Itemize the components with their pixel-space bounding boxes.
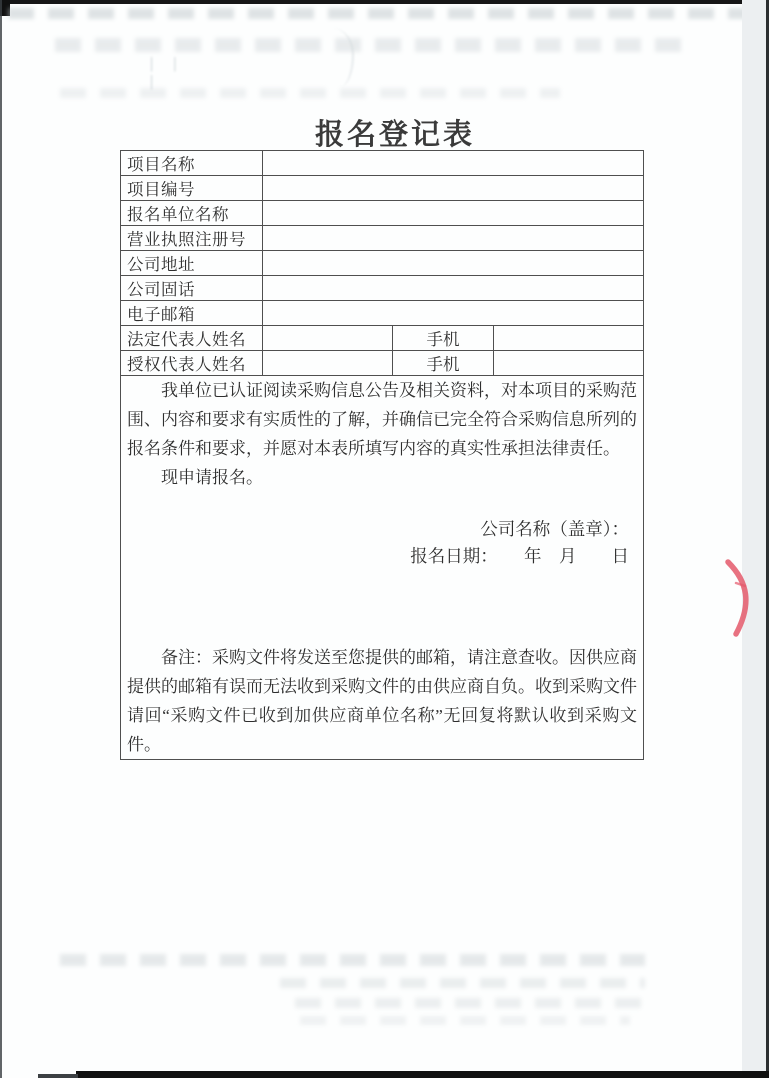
table-row: 公司地址 <box>121 251 644 276</box>
table-row: 报名单位名称 <box>121 201 644 226</box>
bleedthrough-curve <box>330 28 354 86</box>
scan-smudge <box>280 978 645 988</box>
table-row: 授权代表人姓名 手机 <box>121 351 644 376</box>
scan-smudge <box>60 954 645 966</box>
table-row: 公司固话 <box>121 276 644 301</box>
scan-smudge <box>295 998 645 1008</box>
field-label: 项目名称 <box>121 151 263 176</box>
field-label: 法定代表人姓名 <box>121 326 263 351</box>
field-value-blank <box>263 176 644 201</box>
scan-smudge <box>60 88 560 98</box>
field-label: 营业执照注册号 <box>121 226 263 251</box>
field-value-blank <box>263 151 644 176</box>
phone-label: 手机 <box>393 326 494 351</box>
scan-smudge <box>55 38 695 52</box>
table-row: 营业执照注册号 <box>121 226 644 251</box>
company-seal-line: 公司名称（盖章）： <box>127 516 629 543</box>
apply-line: 现申请报名。 <box>127 463 637 492</box>
field-value-blank <box>263 201 644 226</box>
bleedthrough-marks: | | | <box>150 55 198 77</box>
phone-value-blank <box>494 326 644 351</box>
scan-top-edge <box>0 0 769 4</box>
scan-bottom-edge-tail <box>38 1074 78 1078</box>
field-label: 授权代表人姓名 <box>121 351 263 376</box>
table-row: 法定代表人姓名 手机 <box>121 326 644 351</box>
table-row: 我单位已认证阅读采购信息公告及相关资料，对本项目的采购范围、内容和要求有实质性的… <box>121 376 644 760</box>
table-row: 项目名称 <box>121 151 644 176</box>
phone-value-blank <box>494 351 644 376</box>
scan-right-shadow <box>742 0 766 1078</box>
field-label: 项目编号 <box>121 176 263 201</box>
scan-smudge <box>300 1016 630 1025</box>
scan-smudge <box>8 8 763 19</box>
remarks-paragraph: 备注：采购文件将发送至您提供的邮箱，请注意查收。因供应商提供的邮箱有误而无法收到… <box>127 643 637 759</box>
field-value-blank <box>263 301 644 326</box>
table-row: 项目编号 <box>121 176 644 201</box>
registration-table: 项目名称 项目编号 报名单位名称 营业执照注册号 公司地址 公司固话 电子邮箱 <box>120 150 644 760</box>
red-pen-mark <box>722 556 760 640</box>
declaration-cell: 我单位已认证阅读采购信息公告及相关资料，对本项目的采购范围、内容和要求有实质性的… <box>121 376 644 760</box>
field-value-blank <box>263 226 644 251</box>
field-value-blank <box>263 326 393 351</box>
field-label: 电子邮箱 <box>121 301 263 326</box>
scan-bottom-edge <box>76 1071 769 1078</box>
phone-label: 手机 <box>393 351 494 376</box>
page-title: 报名登记表 <box>134 112 656 144</box>
scan-left-edge <box>0 0 2 1078</box>
signature-block: 公司名称（盖章）： 报名日期： 年 月 日 <box>127 516 637 570</box>
table-row: 电子邮箱 <box>121 301 644 326</box>
declaration-paragraph: 我单位已认证阅读采购信息公告及相关资料，对本项目的采购范围、内容和要求有实质性的… <box>127 376 637 463</box>
date-line: 报名日期： 年 月 日 <box>127 543 629 570</box>
field-label: 公司固话 <box>121 276 263 301</box>
field-value-blank <box>263 251 644 276</box>
field-label: 公司地址 <box>121 251 263 276</box>
field-value-blank <box>263 276 644 301</box>
field-value-blank <box>263 351 393 376</box>
scanned-page: | | | 报名登记表 项目名称 项目编号 报名单位名称 营业执照注册号 <box>0 0 769 1078</box>
field-label: 报名单位名称 <box>121 201 263 226</box>
